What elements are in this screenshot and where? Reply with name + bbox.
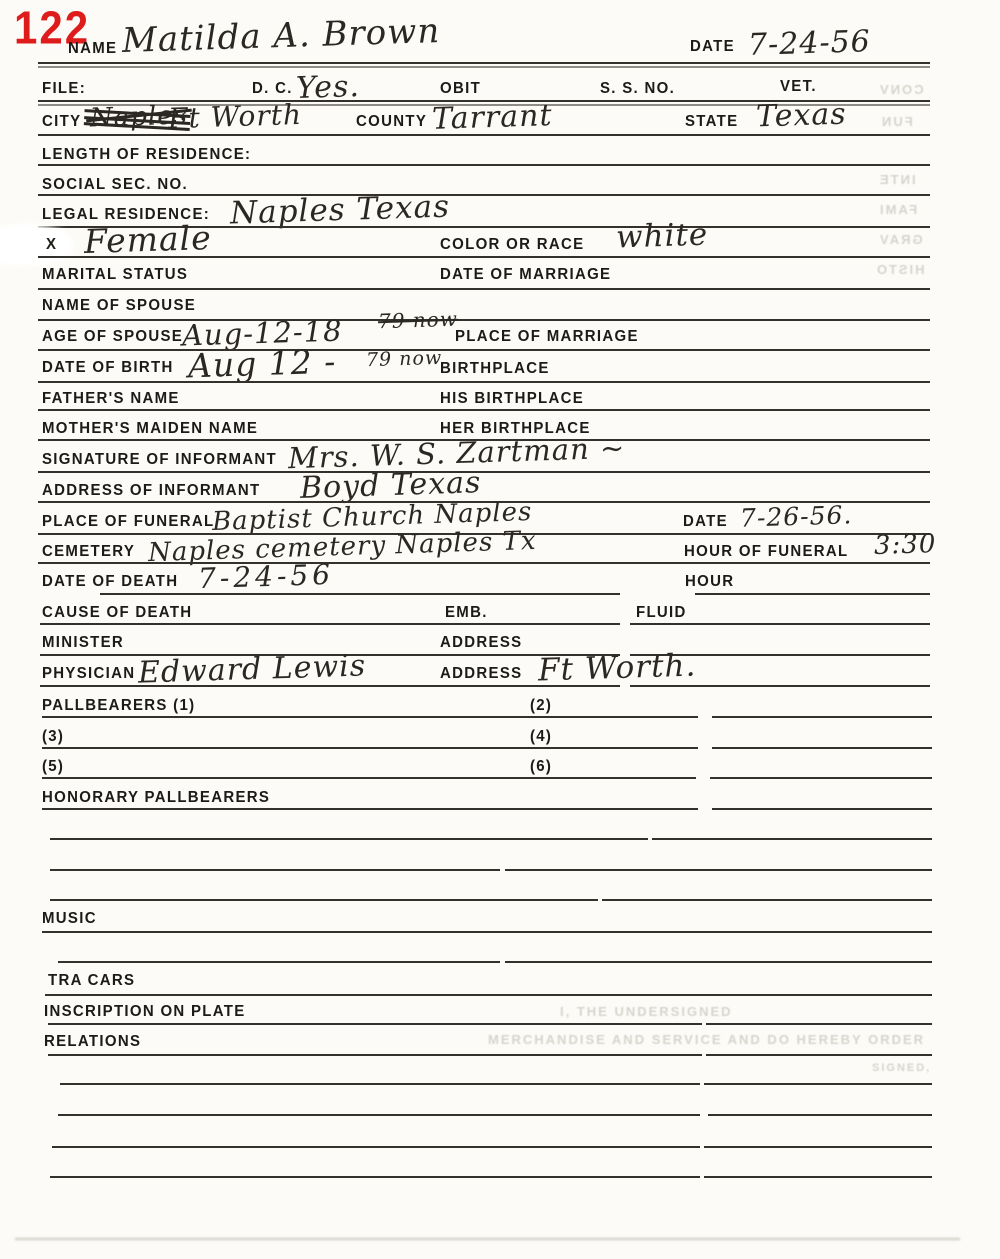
cemetery-label: CEMETERY <box>42 543 135 561</box>
bleed-through-fragment: CONV <box>878 82 924 97</box>
city-value: Ft Worth <box>168 98 303 135</box>
place-of-funeral-label: PLACE OF FUNERAL <box>42 513 214 531</box>
mothers-maiden-name-label: MOTHER'S MAIDEN NAME <box>42 420 258 438</box>
sex-label: X <box>46 236 57 254</box>
bleed-through-line: I, THE UNDERSIGNED <box>560 1004 733 1019</box>
age-of-spouse-label: AGE OF SPOUSE <box>42 328 183 346</box>
bleed-through-line: MERCHANDISE AND SERVICE AND DO HEREBY OR… <box>488 1032 925 1047</box>
place-of-marriage-label: PLACE OF MARRIAGE <box>455 328 639 346</box>
relations-label: RELATIONS <box>44 1033 141 1051</box>
bleed-through-fragment: HISTO <box>875 262 925 277</box>
city-label: CITY <box>42 113 81 131</box>
date-of-birth-label: DATE OF BIRTH <box>42 359 174 377</box>
extra-cars-label: TRA CARS <box>48 972 135 990</box>
legal-residence-value: Naples Texas <box>229 189 450 232</box>
physician-label: PHYSICIAN <box>42 665 135 683</box>
dc-label: D. C. <box>252 80 293 98</box>
pallbearers-4-label: (4) <box>530 728 552 746</box>
music-label: MUSIC <box>42 910 97 928</box>
honorary-pallbearers-label: HONORARY PALLBEARERS <box>42 789 270 807</box>
paper-edge-shadow <box>15 1238 960 1240</box>
date-of-birth-note: 79 now <box>366 347 443 371</box>
emb-label: EMB. <box>445 604 488 622</box>
pallbearers-2-label: (2) <box>530 697 552 715</box>
file-label: FILE: <box>42 80 86 98</box>
ssno-label: S. S. NO. <box>600 80 675 98</box>
date-of-birth-value: Aug 12 - <box>187 342 336 386</box>
sex-value: Female <box>83 218 212 261</box>
hour-of-funeral-value: 3:30 <box>874 529 937 561</box>
bleed-through-fragment: INTE <box>878 172 916 187</box>
fluid-label: FLUID <box>636 604 687 622</box>
length-of-residence-label: LENGTH OF RESIDENCE: <box>42 146 251 164</box>
fathers-name-label: FATHER'S NAME <box>42 390 180 408</box>
his-birthplace-label: HIS BIRTHPLACE <box>440 390 584 408</box>
scanned-funeral-record-page: 122 CONV FUN INTE FAMI GRAV HISTO I, THE… <box>0 0 1000 1259</box>
date-of-marriage-label: DATE OF MARRIAGE <box>440 266 611 284</box>
minister-label: MINISTER <box>42 634 124 652</box>
state-label: STATE <box>685 113 738 131</box>
bleed-through-fragment: FAMI <box>878 202 917 217</box>
name-value: Matilda A. Brown <box>121 11 440 61</box>
bleed-through-fragment: GRAV <box>878 232 923 247</box>
funeral-date-label: DATE <box>683 513 728 531</box>
pallbearers-3-label: (3) <box>42 728 64 746</box>
name-label: NAME <box>68 40 117 58</box>
address-of-informant-label: ADDRESS OF INFORMANT <box>42 482 261 500</box>
date-of-death-label: DATE OF DEATH <box>42 573 178 591</box>
minister-address-label: ADDRESS <box>440 634 522 652</box>
marital-status-label: MARITAL STATUS <box>42 266 188 284</box>
physician-address-value: Ft Worth. <box>537 648 696 689</box>
county-value: Tarrant <box>431 98 553 137</box>
obit-label: OBIT <box>440 80 481 98</box>
state-value: Texas <box>755 97 847 135</box>
color-or-race-label: COLOR OR RACE <box>440 236 584 254</box>
date-value: 7-24-56 <box>747 24 871 63</box>
pallbearers-1-label: PALLBEARERS (1) <box>42 697 195 715</box>
age-of-spouse-crossed-note: 79 now <box>378 307 459 333</box>
bleed-through-fragment: FUN <box>880 114 913 129</box>
pallbearers-6-label: (6) <box>530 758 552 776</box>
color-or-race-value: white <box>615 217 708 256</box>
signature-of-informant-label: SIGNATURE OF INFORMANT <box>42 451 277 469</box>
inscription-on-plate-label: INSCRIPTION ON PLATE <box>44 1003 246 1021</box>
hour-label: HOUR <box>685 573 734 591</box>
county-label: COUNTY <box>356 113 427 131</box>
name-of-spouse-label: NAME OF SPOUSE <box>42 297 196 315</box>
funeral-date-value: 7-26-56. <box>740 500 853 533</box>
bleed-through-line: SIGNED, <box>872 1062 931 1074</box>
date-label: DATE <box>690 38 735 56</box>
birthplace-label: BIRTHPLACE <box>440 360 550 378</box>
vet-label: VET. <box>780 78 817 96</box>
pallbearers-5-label: (5) <box>42 758 64 776</box>
hour-of-funeral-label: HOUR OF FUNERAL <box>684 543 849 561</box>
cause-of-death-label: CAUSE OF DEATH <box>42 604 192 622</box>
physician-address-label: ADDRESS <box>440 665 522 683</box>
social-sec-no-label: SOCIAL SEC. NO. <box>42 176 188 194</box>
date-of-death-value: 7-24-56 <box>198 558 335 595</box>
